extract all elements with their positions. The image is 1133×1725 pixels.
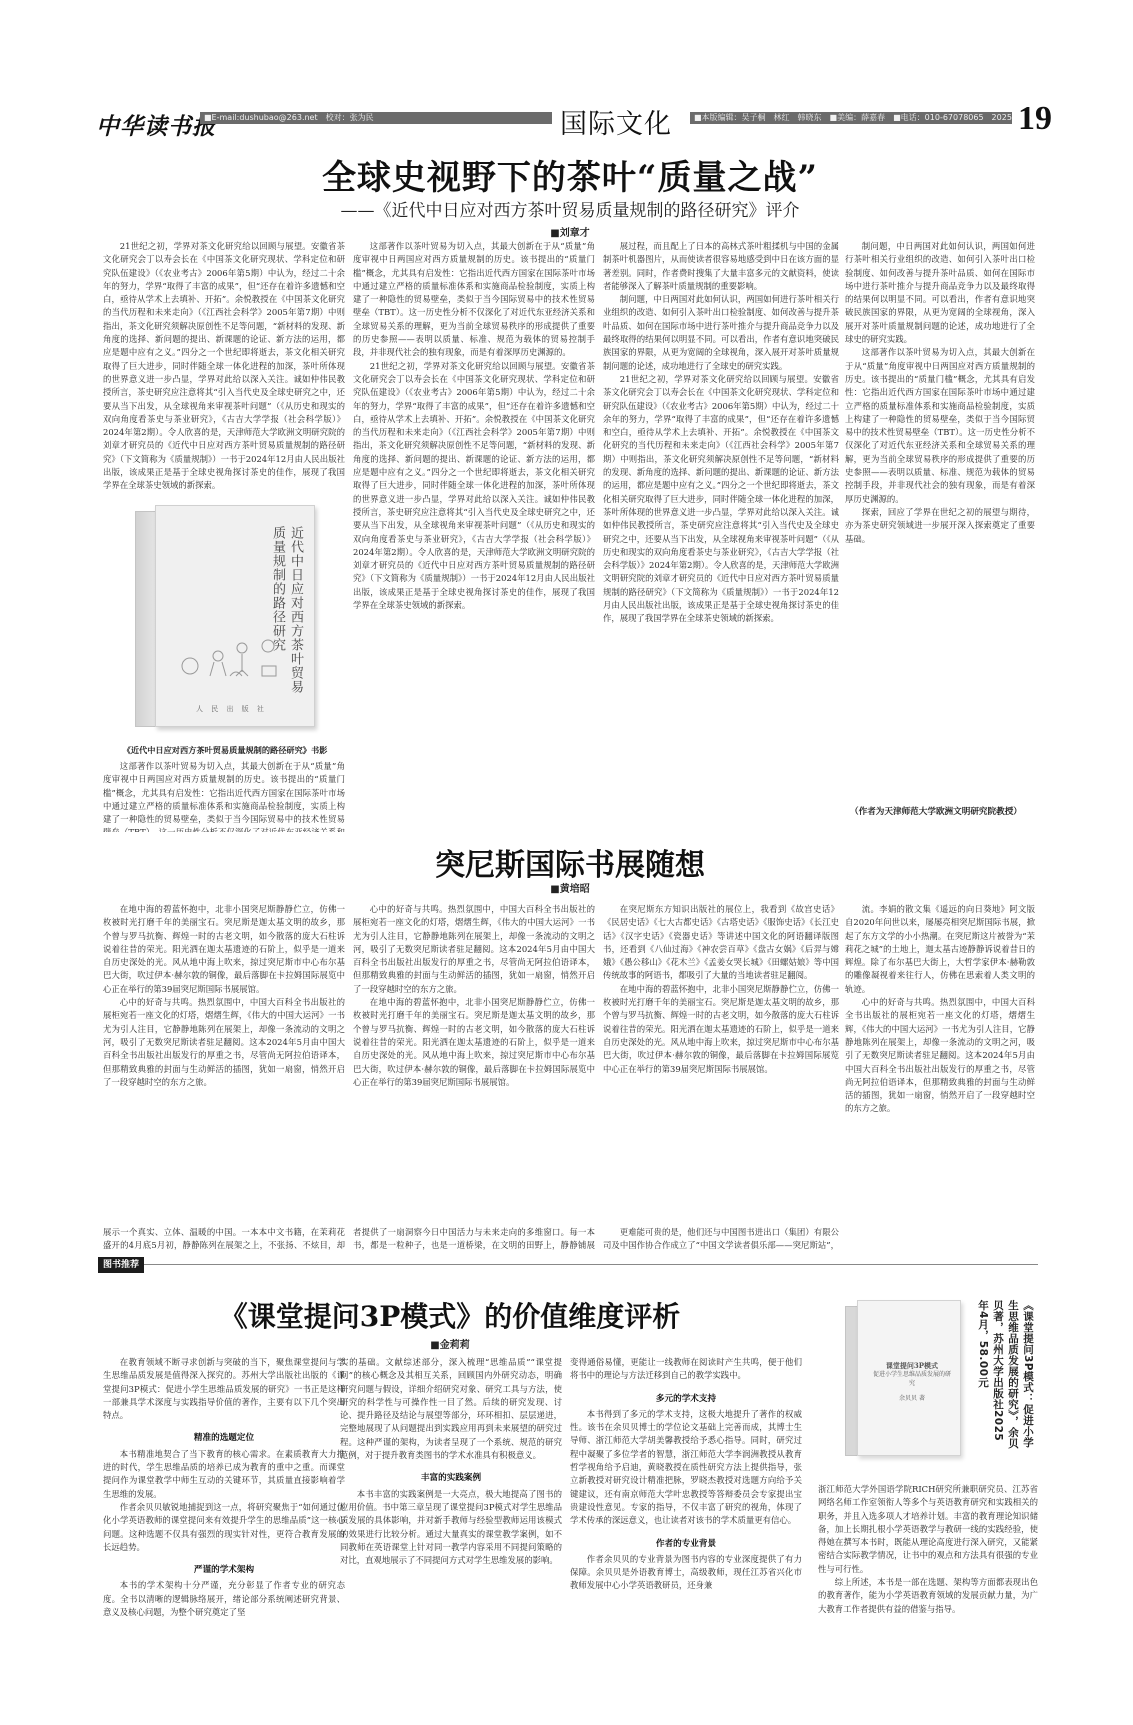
article2-paragraph: 心中的好奇与共鸣。热烈氛围中，中国大百科全书出版社的展柜宛若一座文化的灯塔，熠熠… (353, 903, 595, 996)
recommend-paragraph: 本书得到了多元的学术支持，这极大地提升了著作的权威性。该书在余贝贝博士的学位论文… (570, 1408, 802, 1528)
article2-paragraph: 心中的好奇与共鸣。热烈氛围中，中国大百科全书出版社的展柜宛若一座文化的灯塔，熠熠… (845, 996, 1035, 1116)
book-publisher: 人 民 出 版 社 (196, 704, 267, 714)
article1-paragraph: 这部著作以茶叶贸易为切入点，其最大创新在于从“质量”角度审视中日两国应对西方质量… (103, 760, 345, 832)
article1-column-2: 这部著作以茶叶贸易为切入点，其最大创新在于从“质量”角度审视中日两国应对西方质量… (353, 240, 595, 832)
article2-paragraph: 流。李娟的散文集《遥远的向日葵地》阿文版自2020年问世以来，屡屡亮相突尼斯国际… (845, 903, 1035, 996)
recommend-author: ■金莉莉 (400, 1336, 500, 1351)
article2-column-2: 心中的好奇与共鸣。热烈氛围中，中国大百科全书出版社的展柜宛若一座文化的灯塔，熠熠… (353, 903, 595, 1223)
book-cover: 课堂提问3P模式 促进小学生思维品质发展的研究 余贝贝 著 (857, 1300, 961, 1456)
article1-column-1: 21世纪之初，学界对茶文化研究给以回顾与展望。安徽省茶文化研究会丁以寿会长在《中… (103, 240, 345, 502)
section-tag: 图书推荐 (98, 1257, 144, 1273)
article2-column-1: 在地中海的碧蓝怀抱中，北非小国突尼斯静静伫立，仿佛一枚被时光打磨千年的美丽宝石。… (103, 903, 345, 1223)
article1-paragraph: 制问题，中日两国对此如何认识，两国如何进行茶叶相关行业组织的改造、如何引入茶叶出… (603, 293, 839, 373)
recommend-paragraph: 本书丰富的实践案例是一大亮点，极大地提高了图书的应用价值。书中第三章呈现了课堂提… (340, 1488, 562, 1568)
recommend-paragraph: 作者余贝贝的专业背景为图书内容的专业深度提供了有力保障。余贝贝是外语教育博士，高… (570, 1553, 802, 1593)
masthead-info-left: ■E-mail:dushubao@263.net 校对：张为民 (200, 112, 552, 124)
article2-paragraph: 展示一个真实、立体、温暖的中国。一本本中文书籍，在茉莉花盛开的4月底5月初，静静… (103, 1226, 345, 1254)
article1-paragraph: 制问题，中日两国对此如何认识，两国如何进行茶叶相关行业组织的改造、如何引入茶叶出… (845, 240, 1035, 346)
article1-image-caption: 《近代中日应对西方茶叶贸易质量规制的路径研究》书影 (100, 745, 350, 756)
article2-paragraph: 更难能可贵的是，他们还与中国图书进出口（集团）有限公司及中国作协合作成立了“中国… (603, 1226, 839, 1254)
tea-people-sketch-icon (170, 626, 290, 686)
article1-book-cover-image: 近代中日应对西方茶叶贸易 质量规制的路径研究 人 民 出 版 社 (135, 505, 320, 730)
recommend-column-1: 在教育领域不断寻求创新与突破的当下，聚焦课堂提问与学生思维品质发展是值得深入探究… (103, 1356, 345, 1631)
article2-column-1-end: 展示一个真实、立体、温暖的中国。一本本中文书籍，在茉莉花盛开的4月底5月初，静静… (103, 1226, 345, 1254)
recommend-paragraph: 本书的学术架构十分严谨，充分彰显了作者专业的研究态度。全书以清晰的逻辑脉络展开，… (103, 1579, 345, 1619)
section-name: 国际文化 (560, 102, 672, 141)
article2-column-3: 在突尼斯东方知识出版社的展位上，我看到《故宫史话》《民居史话》《七大古都史话》《… (603, 903, 839, 1223)
page-number: 19 (1018, 100, 1052, 138)
article1-paragraph: 探索，回应了学界在世纪之初的展望与期待，亦为茶史研究领域进一步展开深入探索奠定了… (845, 506, 1035, 546)
article1-paragraph: 21世纪之初，学界对茶文化研究给以回顾与展望。安徽省茶文化研究会丁以寿会长在《中… (103, 240, 345, 493)
recommend-subheading: 丰富的实践案例 (340, 1472, 562, 1485)
article2-paragraph: 在突尼斯东方知识出版社的展位上，我看到《故宫史话》《民居史话》《七大古都史话》《… (603, 903, 839, 983)
article2-author: ■黄培昭 (520, 880, 620, 895)
recommend-paragraph: 在教育领域不断寻求创新与突破的当下，聚焦课堂提问与学生思维品质发展是值得深入探究… (103, 1356, 345, 1422)
article1-column-4: 制问题，中日两国对此如何认识，两国如何进行茶叶相关行业组织的改造、如何引入茶叶出… (845, 240, 1035, 776)
recommend-paragraph: 实的基础。文献综述部分，深入梳理“思维品质”“课堂提问”的核心概念及其相互关系，… (340, 1356, 562, 1462)
recommend-column-3: 变得通俗易懂，更能让一线教师在阅读时产生共鸣，便于他们将书中的理论与方法迁移到自… (570, 1356, 802, 1631)
article2-column-2-end: 者提供了一扇洞察今日中国活力与未来走向的多维窗口。每一本书，都是一粒种子，也是一… (353, 1226, 595, 1254)
book-cover: 近代中日应对西方茶叶贸易 质量规制的路径研究 人 民 出 版 社 (155, 505, 315, 727)
book-cover-text: 课堂提问3P模式 促进小学生思维品质发展的研究 余贝贝 著 (872, 1361, 952, 1403)
book-cover-author: 余贝贝 著 (872, 1394, 952, 1403)
recommend-subheading: 精准的选题定位 (103, 1432, 345, 1445)
article2-column-3-end: 更难能可贵的是，他们还与中国图书进出口（集团）有限公司及中国作协合作成立了“中国… (603, 1226, 839, 1254)
article1-column-3: 展过程，而且配上了日本的高林式茶叶粗揉机与中国的金属制茶叶机器图片，从而使读者很… (603, 240, 839, 832)
article2-paragraph: 在地中海的碧蓝怀抱中，北非小国突尼斯静静伫立，仿佛一枚被时光打磨千年的美丽宝石。… (353, 996, 595, 1089)
newspaper-page: 中华读书报 ■E-mail:dushubao@263.net 校对：张为民 国际… (0, 0, 1133, 1725)
article1-paragraph: 这部著作以茶叶贸易为切入点，其最大创新在于从“质量”角度审视中日两国应对西方质量… (353, 240, 595, 360)
article1-paragraph: 展过程，而且配上了日本的高林式茶叶粗揉机与中国的金属制茶叶机器图片，从而使读者很… (603, 240, 839, 293)
book-cover-subtitle: 促进小学生思维品质发展的研究 (872, 1370, 952, 1388)
recommend-paragraph: 本书精准地契合了当下教育的核心需求。在素质教育大力推进的时代，学生思维品质的培养… (103, 1448, 345, 1501)
book-spine (135, 511, 157, 727)
article2-paragraph: 者提供了一扇洞察今日中国活力与未来走向的多维窗口。每一本书，都是一粒种子，也是一… (353, 1226, 595, 1254)
recommend-paragraph: 变得通俗易懂，更能让一线教师在阅读时产生共鸣，便于他们将书中的理论与方法迁移到自… (570, 1356, 802, 1383)
article1-subtitle: ——《近代中日应对西方茶叶贸易质量规制的路径研究》评介 (100, 196, 1040, 221)
masthead-info-right: ■本版编辑：吴子桐 林红 韩晓东 ■美编：薛嘉春 ■电话：010-6707806… (690, 112, 1012, 124)
recommend-book-cover-image: 课堂提问3P模式 促进小学生思维品质发展的研究 余贝贝 著 (845, 1300, 965, 1460)
recommend-subheading: 严谨的学术架构 (103, 1564, 345, 1577)
recommend-column-4: 浙江师范大学外国语学院RICH研究所兼职研究员、江苏省网络名师工作室领衔人等多个… (818, 1483, 1038, 1633)
article1-title: 全球史视野下的茶叶“质量之战” (100, 150, 1040, 199)
newspaper-logo: 中华读书报 (96, 108, 216, 141)
article2-paragraph: 心中的好奇与共鸣。热烈氛围中，中国大百科全书出版社的展柜宛若一座文化的灯塔，熠熠… (103, 996, 345, 1089)
recommend-column-2: 实的基础。文献综述部分，深入梳理“思维品质”“课堂提问”的核心概念及其相互关系，… (340, 1356, 562, 1631)
article2-paragraph: 在地中海的碧蓝怀抱中，北非小国突尼斯静静伫立，仿佛一枚被时光打磨千年的美丽宝石。… (603, 983, 839, 1076)
recommend-paragraph: 浙江师范大学外国语学院RICH研究所兼职研究员、江苏省网络名师工作室领衔人等多个… (818, 1483, 1038, 1576)
article1-paragraph: 21世纪之初，学界对茶文化研究给以回顾与展望。安徽省茶文化研究会丁以寿会长在《中… (353, 360, 595, 613)
section-divider (98, 1264, 1038, 1265)
article2-paragraph: 在地中海的碧蓝怀抱中，北非小国突尼斯静静伫立，仿佛一枚被时光打磨千年的美丽宝石。… (103, 903, 345, 996)
book-cover-title: 课堂提问3P模式 (872, 1361, 952, 1370)
article1-author-note: （作者为天津师范大学欧洲文明研究院教授） (850, 805, 1022, 817)
article2-column-4: 流。李娟的散文集《遥远的向日葵地》阿文版自2020年问世以来，屡屡亮相突尼斯国际… (845, 903, 1035, 1248)
recommend-title: 《课堂提问3P模式》的价值维度评析 (100, 1295, 800, 1335)
article1-author: ■刘章才 (520, 224, 620, 239)
recommend-paragraph: 综上所述，本书是一部在选题、架构等方面都表现出色的教育著作，能为小学英语教育领域… (818, 1576, 1038, 1616)
recommend-subheading: 作者的专业背景 (570, 1538, 802, 1551)
masthead: 中华读书报 ■E-mail:dushubao@263.net 校对：张为民 国际… (96, 100, 1056, 140)
article2-title: 突尼斯国际书展随想 (100, 840, 1040, 884)
recommend-book-info: 《课堂提问3P模式：促进小学生思维品质发展的研究》，余贝贝著，苏州大学出版社20… (975, 1300, 1035, 1450)
article1-paragraph: 这部著作以茶叶贸易为切入点，其最大创新在于从“质量”角度审视中日两国应对西方质量… (845, 346, 1035, 506)
recommend-paragraph: 作者余贝贝敏锐地捕捉到这一点，将研究聚焦于“如何通过优化小学英语教师的课堂提问来… (103, 1501, 345, 1554)
recommend-subheading: 多元的学术支持 (570, 1393, 802, 1406)
article1-paragraph: 21世纪之初，学界对茶文化研究给以回顾与展望。安徽省茶文化研究会丁以寿会长在《中… (603, 373, 839, 626)
article1-column-1-continued: 这部著作以茶叶贸易为切入点，其最大创新在于从“质量”角度审视中日两国应对西方质量… (103, 760, 345, 832)
